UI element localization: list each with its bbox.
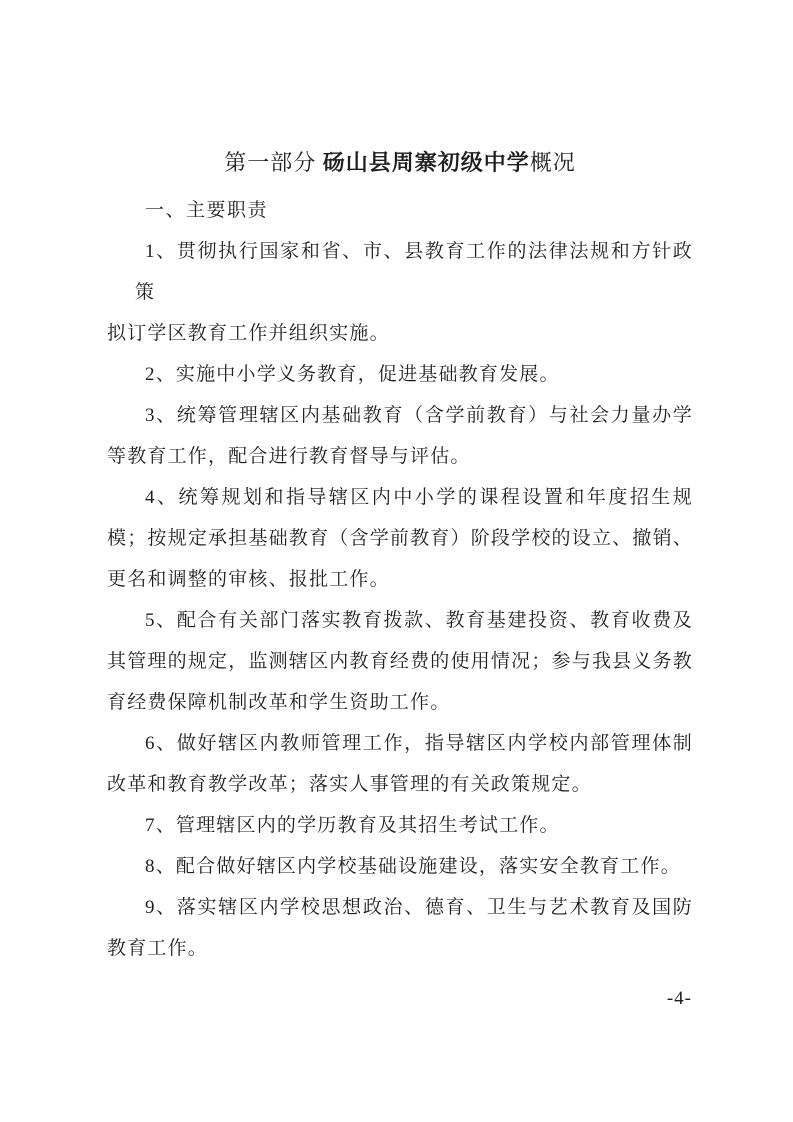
paragraph-9: 9、落实辖区内学校思想政治、德育、卫生与艺术教育及国防教育工作。 bbox=[107, 887, 693, 969]
paragraph-1-line-3: 拟订学区教育工作并组织实施。 bbox=[107, 313, 693, 354]
paragraph-4: 4、统筹规划和指导辖区内中小学的课程设置和年度招生规模；按规定承担基础教育（含学… bbox=[107, 477, 693, 600]
page-title: 第一部分 砀山县周寨初级中学概况 bbox=[107, 146, 693, 180]
paragraph-1-line-2: 策 bbox=[107, 272, 693, 313]
section-heading-main-duties: 一、主要职责 bbox=[107, 190, 693, 231]
title-suffix: 概况 bbox=[530, 150, 576, 175]
paragraph-8: 8、配合做好辖区内学校基础设施建设，落实安全教育工作。 bbox=[107, 846, 693, 887]
document-page: 第一部分 砀山县周寨初级中学概况 一、主要职责 1、贯彻执行国家和省、市、县教育… bbox=[0, 0, 793, 1122]
paragraph-7: 7、管理辖区内的学历教育及其招生考试工作。 bbox=[107, 805, 693, 846]
paragraph-6: 6、做好辖区内教师管理工作，指导辖区内学校内部管理体制改革和教育教学改革；落实人… bbox=[107, 723, 693, 805]
document-content: 第一部分 砀山县周寨初级中学概况 一、主要职责 1、贯彻执行国家和省、市、县教育… bbox=[107, 146, 693, 969]
paragraph-3: 3、统筹管理辖区内基础教育（含学前教育）与社会力量办学等教育工作，配合进行教育督… bbox=[107, 395, 693, 477]
paragraph-1-line-1: 1、贯彻执行国家和省、市、县教育工作的法律法规和方针政 bbox=[107, 231, 693, 272]
paragraph-2: 2、实施中小学义务教育，促进基础教育发展。 bbox=[107, 354, 693, 395]
title-part-label: 第一部分 bbox=[224, 150, 323, 175]
title-school-name: 砀山县周寨初级中学 bbox=[323, 150, 530, 175]
paragraph-5: 5、配合有关部门落实教育拨款、教育基建投资、教育收费及其管理的规定，监测辖区内教… bbox=[107, 600, 693, 723]
page-number: -4- bbox=[667, 988, 692, 1010]
